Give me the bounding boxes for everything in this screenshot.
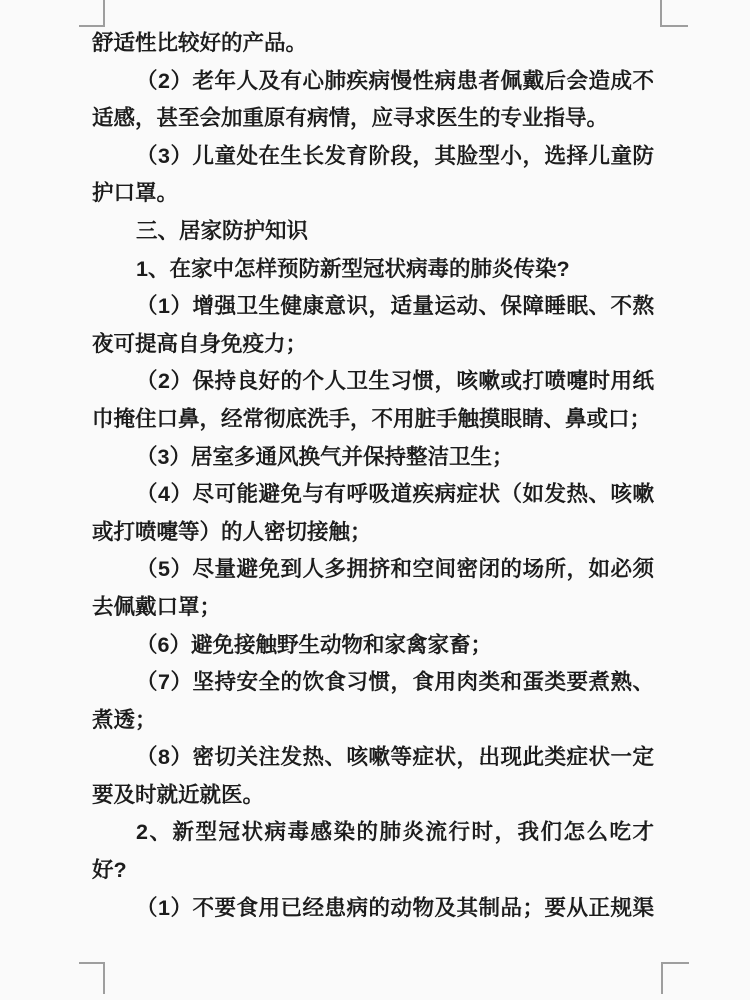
crop-mark-top-right-icon	[660, 0, 688, 27]
document-line: （5）尽量避免到人多拥挤和空间密闭的场所，如必须	[92, 551, 654, 589]
paragraph: 2、新型冠状病毒感染的肺炎流行时，我们怎么吃才好?	[92, 814, 654, 889]
document-line: （8）密切关注发热、咳嗽等症状，出现此类症状一定	[92, 739, 654, 777]
paragraph: 舒适性比较好的产品。	[92, 25, 654, 63]
document-line: 要及时就近就医。	[92, 777, 654, 815]
document-line: 三、居家防护知识	[92, 213, 654, 251]
paragraph: （1）增强卫生健康意识，适量运动、保障睡眠、不熬夜可提高自身免疫力；	[92, 288, 654, 363]
paragraph: （1）不要食用已经患病的动物及其制品；要从正规渠	[92, 890, 654, 928]
paragraph: （2）老年人及有心肺疾病慢性病患者佩戴后会造成不适感，甚至会加重原有病情，应寻求…	[92, 63, 654, 138]
document-line: （2）保持良好的个人卫生习惯，咳嗽或打喷嚏时用纸	[92, 363, 654, 401]
document-line: （3）儿童处在生长发育阶段，其脸型小，选择儿童防	[92, 138, 654, 176]
document-line: （6）避免接触野生动物和家禽家畜；	[92, 627, 654, 665]
document-line: 好?	[92, 852, 654, 890]
paragraph: （8）密切关注发热、咳嗽等症状，出现此类症状一定要及时就近就医。	[92, 739, 654, 814]
document-page: 舒适性比较好的产品。（2）老年人及有心肺疾病慢性病患者佩戴后会造成不适感，甚至会…	[0, 0, 750, 1000]
document-line: （4）尽可能避免与有呼吸道疾病症状（如发热、咳嗽	[92, 476, 654, 514]
crop-mark-top-left-icon	[79, 0, 105, 27]
paragraph: （3）居室多通风换气并保持整洁卫生；	[92, 439, 654, 477]
document-line: 或打喷嚏等）的人密切接触；	[92, 514, 654, 552]
document-line: 夜可提高自身免疫力；	[92, 326, 654, 364]
text-block: 舒适性比较好的产品。（2）老年人及有心肺疾病慢性病患者佩戴后会造成不适感，甚至会…	[92, 25, 654, 927]
crop-mark-bottom-left-icon	[79, 962, 105, 994]
paragraph: 三、居家防护知识	[92, 213, 654, 251]
document-line: 煮透；	[92, 702, 654, 740]
paragraph: （6）避免接触野生动物和家禽家畜；	[92, 627, 654, 665]
paragraph: 1、在家中怎样预防新型冠状病毒的肺炎传染?	[92, 251, 654, 289]
document-line: （3）居室多通风换气并保持整洁卫生；	[92, 439, 654, 477]
document-line: （1）不要食用已经患病的动物及其制品；要从正规渠	[92, 890, 654, 928]
paragraph: （4）尽可能避免与有呼吸道疾病症状（如发热、咳嗽或打喷嚏等）的人密切接触；	[92, 476, 654, 551]
document-line: 护口罩。	[92, 175, 654, 213]
document-line: （7）坚持安全的饮食习惯，食用肉类和蛋类要煮熟、	[92, 664, 654, 702]
paragraph: （2）保持良好的个人卫生习惯，咳嗽或打喷嚏时用纸巾掩住口鼻，经常彻底洗手，不用脏…	[92, 363, 654, 438]
document-line: 适感，甚至会加重原有病情，应寻求医生的专业指导。	[92, 100, 654, 138]
paragraph: （5）尽量避免到人多拥挤和空间密闭的场所，如必须去佩戴口罩；	[92, 551, 654, 626]
document-line: （1）增强卫生健康意识，适量运动、保障睡眠、不熬	[92, 288, 654, 326]
document-line: 舒适性比较好的产品。	[92, 25, 654, 63]
document-line: （2）老年人及有心肺疾病慢性病患者佩戴后会造成不	[92, 63, 654, 101]
document-line: 1、在家中怎样预防新型冠状病毒的肺炎传染?	[92, 251, 654, 289]
paragraph: （3）儿童处在生长发育阶段，其脸型小，选择儿童防护口罩。	[92, 138, 654, 213]
crop-mark-bottom-right-icon	[661, 962, 689, 994]
paragraph: （7）坚持安全的饮食习惯，食用肉类和蛋类要煮熟、煮透；	[92, 664, 654, 739]
document-line: 2、新型冠状病毒感染的肺炎流行时，我们怎么吃才	[92, 814, 654, 852]
document-line: 巾掩住口鼻，经常彻底洗手，不用脏手触摸眼睛、鼻或口；	[92, 401, 654, 439]
document-line: 去佩戴口罩；	[92, 589, 654, 627]
